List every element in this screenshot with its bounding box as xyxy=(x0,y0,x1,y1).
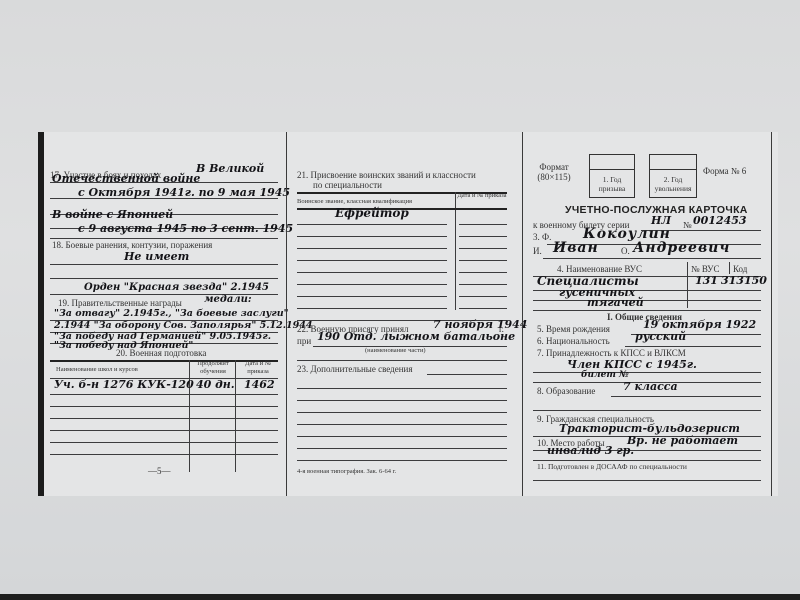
patronymic-label: О. xyxy=(621,246,630,256)
item21-col-order: Дата и № приказа xyxy=(457,192,507,200)
item21-label-line2: по специальности xyxy=(313,180,382,190)
vus-col-code: Код xyxy=(733,264,747,274)
item20-col-duration: Продолжит обучения xyxy=(191,360,235,376)
page-middle: 21. Присвоение воинских званий и классно… xyxy=(286,132,523,496)
vus-label: 4. Наименование ВУС xyxy=(557,264,642,274)
item17-entry-5: с 9 августа 1945 по 3 сент. 1945 xyxy=(78,222,293,235)
item20-label: 20. Военная подготовка xyxy=(116,348,206,358)
surname-label: 3. Ф. xyxy=(533,232,551,242)
ticket-number: 0012453 xyxy=(693,214,747,227)
item23-label: 23. Дополнительные сведения xyxy=(297,364,413,374)
page-number: —5— xyxy=(148,466,171,476)
item19-order-entry: Орден "Красная звезда" 2.1945 xyxy=(84,282,269,293)
item18-value: Не имеет xyxy=(124,250,189,263)
box-conscription-year-label: 1. Год призыва xyxy=(590,175,634,193)
name-label: И. xyxy=(533,246,542,256)
vus-col-number: № ВУС xyxy=(691,264,720,274)
item22-unit-caption: (наименование части) xyxy=(365,347,426,354)
page-right: Формат (80×115) 1. Год призыва 2. Год ув… xyxy=(522,132,772,496)
item19-entry-1: медали: xyxy=(204,294,252,305)
box-conscription-year: 1. Год призыва xyxy=(589,154,635,198)
item19-entry-3: 2.1944 "За оборону Сов. Заполярья" 5.12.… xyxy=(54,320,313,331)
item19-entry-2: "За отвагу" 2.1945г., "За боевые заслуги… xyxy=(54,308,289,319)
item17-entry-2: Отечественной войне xyxy=(52,172,200,185)
work-value-line-1: Вр. не работает xyxy=(627,434,738,447)
form-number: Форма № 6 xyxy=(703,166,746,176)
nationality-label: 6. Национальность xyxy=(537,336,610,346)
party-label: 7. Принадлежность к КПСС и ВЛКСМ xyxy=(537,348,686,358)
item17-entry-4: В войне с Японией xyxy=(52,208,173,221)
format-size: (80×115) xyxy=(531,172,577,182)
education-label: 8. Образование xyxy=(537,386,595,396)
item21-col-rank: Воинское звание, классная квалификация xyxy=(297,198,412,205)
item20-col-school: Наименование школ и курсов xyxy=(56,366,138,373)
ticket-number-label: № xyxy=(683,220,692,230)
vus-name-line-3: тягачей xyxy=(587,296,644,309)
nationality-value: русский xyxy=(635,330,686,343)
item17-entry-3: с Октября 1941г. по 9 мая 1945 xyxy=(78,186,290,199)
work-value-line-2: инвалид 3 гр. xyxy=(547,444,634,457)
birth-label: 5. Время рождения xyxy=(537,324,610,334)
patronymic-value: Андреевич xyxy=(633,240,730,256)
item20-row-order: 1462 xyxy=(244,378,275,391)
page-left: 17. Участие в боях и походах В Великой О… xyxy=(38,132,290,496)
photo-bottom-shadow xyxy=(0,594,800,600)
item22-unit: 190 Отд. лыжном батальоне xyxy=(317,330,515,343)
item17-entry-1: В Великой xyxy=(196,162,264,175)
box-discharge-year: 2. Год увольнения xyxy=(649,154,697,198)
item20-row-school: Уч. б-н 1276 КУК-120 xyxy=(54,378,194,391)
name-value: Иван xyxy=(553,240,599,256)
item20-row-duration: 40 дн. xyxy=(196,378,235,391)
item22-at-label: при xyxy=(297,336,311,346)
education-value: 7 класса xyxy=(623,380,678,393)
printer-note: 4-я военная типография. Зак. 6-64 г. xyxy=(297,468,396,475)
party-extra: билет № xyxy=(581,370,629,380)
vus-code: 313150 xyxy=(721,274,767,287)
item19-label: 19. Правительственные награды xyxy=(58,298,182,308)
box-discharge-year-label: 2. Год увольнения xyxy=(650,175,696,193)
item20-col-order: Дата и № приказа xyxy=(238,360,278,376)
item21-label-line1: 21. Присвоение воинских званий и классно… xyxy=(297,170,476,180)
vus-number: 131 xyxy=(695,274,718,287)
item18-label: 18. Боевые ранения, контузии, поражения xyxy=(52,240,212,250)
record-card-spread: 17. Участие в боях и походах В Великой О… xyxy=(38,132,778,496)
format-label: Формат xyxy=(531,162,577,172)
dosaaf-label: 11. Подготовлен в ДОСААФ по специальност… xyxy=(537,462,687,471)
item21-row-rank: Ефрейтор xyxy=(335,206,409,220)
